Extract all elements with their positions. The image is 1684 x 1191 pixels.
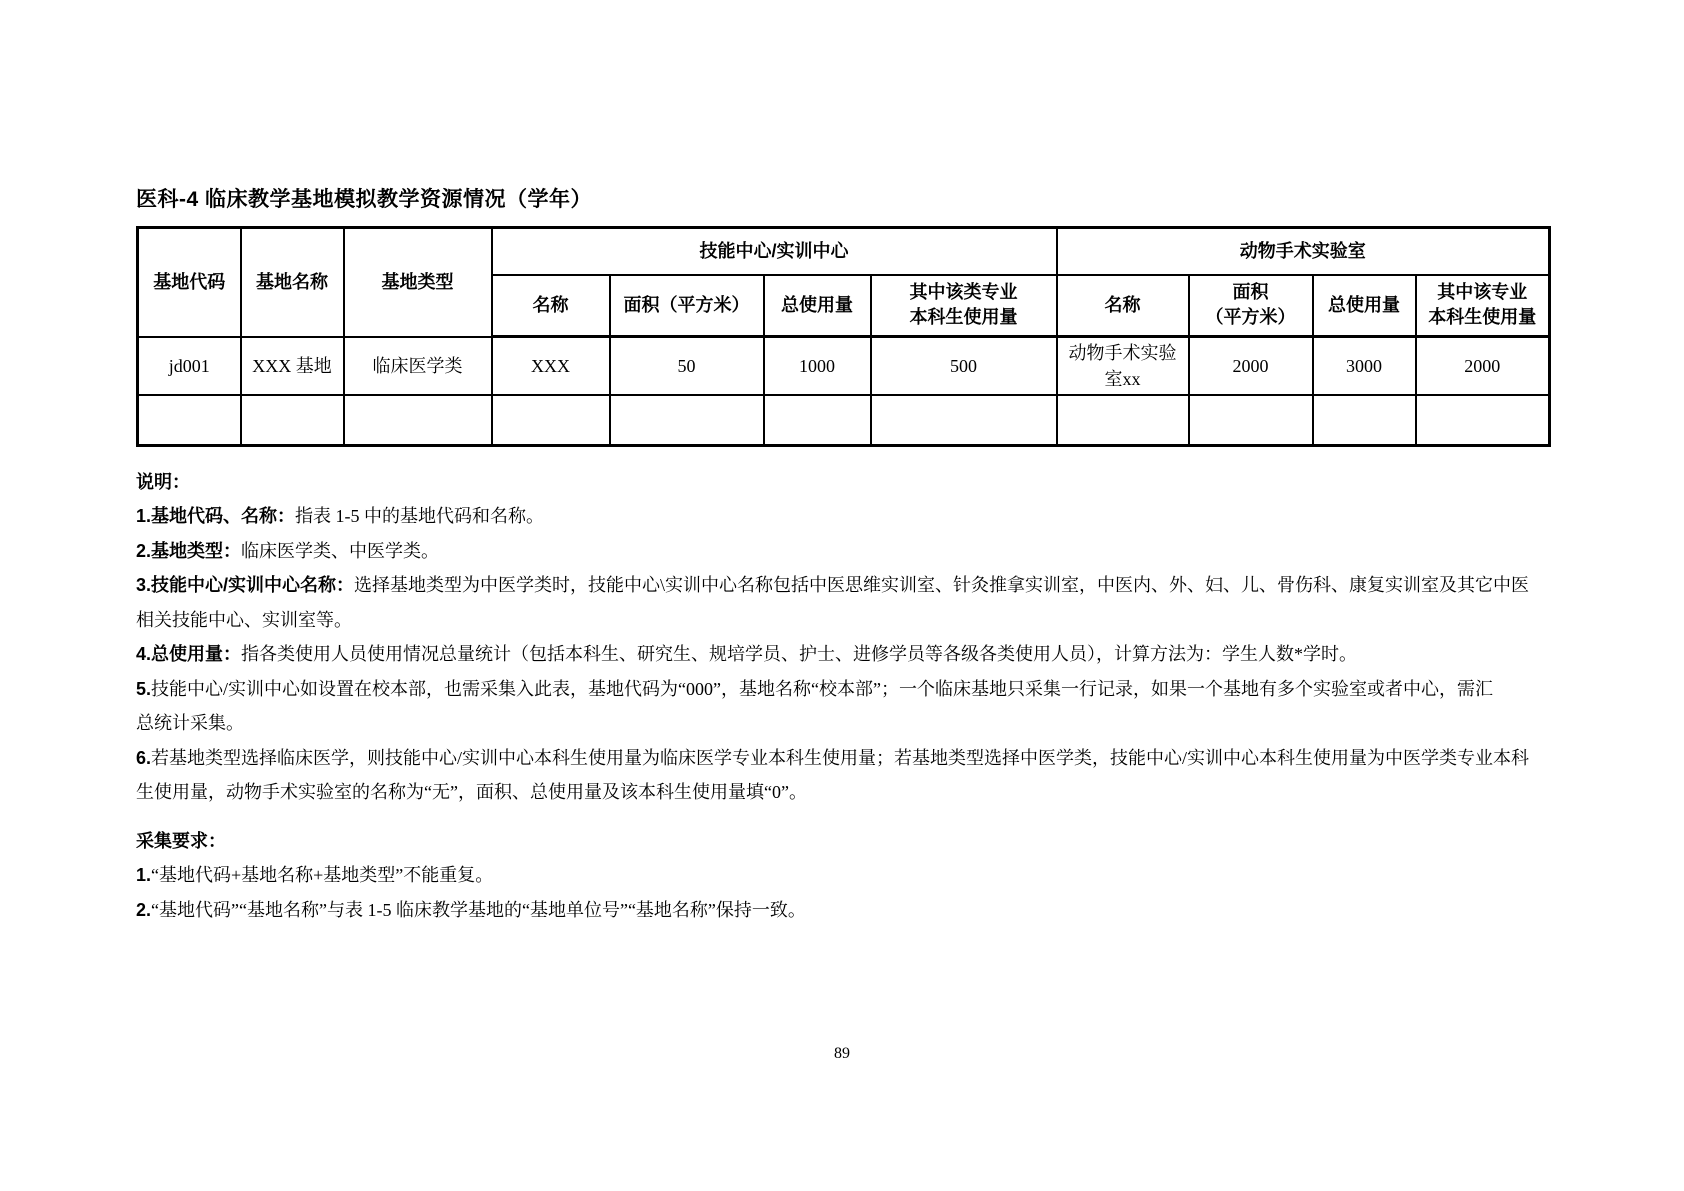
resource-table: 基地代码 基地名称 基地类型 技能中心/实训中心 动物手术实验室 名称 面积（平… bbox=[136, 226, 1551, 447]
cell-animal-name: 动物手术实验室xx bbox=[1057, 337, 1189, 396]
requirement-item-2-text: “基地代码”“基地名称”与表 1-5 临床教学基地的“基地单位号”“基地名称”保… bbox=[151, 900, 806, 920]
note-item-5-label: 5. bbox=[136, 679, 151, 699]
th-animal-undergrad-usage: 其中该专业 本科生使用量 bbox=[1416, 275, 1550, 337]
th-group-animal-lab: 动物手术实验室 bbox=[1057, 228, 1550, 275]
cell-skill-name: XXX bbox=[492, 337, 610, 396]
th-skill-undergrad-line2: 本科生使用量 bbox=[876, 305, 1052, 330]
requirements-heading: 采集要求： bbox=[136, 824, 1550, 859]
note-item-1-text: 指表 1-5 中的基地代码和名称。 bbox=[295, 506, 544, 526]
th-animal-area-line2: （平方米） bbox=[1194, 305, 1308, 330]
th-animal-name: 名称 bbox=[1057, 275, 1189, 337]
table-row bbox=[138, 395, 1550, 445]
note-item-3-continued: 相关技能中心、实训室等。 bbox=[136, 603, 1550, 638]
th-base-code: 基地代码 bbox=[138, 228, 241, 337]
requirement-item-1-label: 1. bbox=[136, 865, 151, 885]
th-animal-total-usage: 总使用量 bbox=[1313, 275, 1416, 337]
cell-skill-total bbox=[764, 395, 871, 445]
note-item-6-label: 6. bbox=[136, 748, 151, 768]
th-animal-area-line1: 面积 bbox=[1194, 280, 1308, 305]
note-item-1: 1.基地代码、名称：指表 1-5 中的基地代码和名称。 bbox=[136, 499, 1550, 534]
note-item-6-text: 若基地类型选择临床医学，则技能中心/实训中心本科生使用量为临床医学专业本科生使用… bbox=[151, 748, 1529, 768]
note-item-5-continued: 总统计采集。 bbox=[136, 706, 1550, 741]
notes-heading: 说明： bbox=[136, 465, 1550, 500]
th-skill-undergrad-line1: 其中该类专业 bbox=[876, 280, 1052, 305]
cell-base-name bbox=[241, 395, 344, 445]
th-skill-total-usage: 总使用量 bbox=[764, 275, 871, 337]
cell-base-name: XXX 基地 bbox=[241, 337, 344, 396]
cell-base-type: 临床医学类 bbox=[344, 337, 492, 396]
note-item-2: 2.基地类型：临床医学类、中医学类。 bbox=[136, 534, 1550, 569]
requirements-section: 采集要求： 1.“基地代码+基地名称+基地类型”不能重复。 2.“基地代码”“基… bbox=[136, 824, 1550, 928]
th-animal-undergrad-line2: 本科生使用量 bbox=[1421, 305, 1545, 330]
note-item-4-label: 4.总使用量： bbox=[136, 644, 241, 664]
page-content: 医科-4 临床教学基地模拟教学资源情况（学年） 基地代码 基地名称 基地类型 技… bbox=[136, 183, 1550, 927]
cell-skill-undergrad bbox=[871, 395, 1057, 445]
note-item-6-continued: 生使用量，动物手术实验室的名称为“无”，面积、总使用量及该本科生使用量填“0”。 bbox=[136, 775, 1550, 810]
table-row: jd001 XXX 基地 临床医学类 XXX 50 1000 500 动物手术实… bbox=[138, 337, 1550, 396]
note-item-2-text: 临床医学类、中医学类。 bbox=[241, 541, 439, 561]
page-number: 89 bbox=[0, 1045, 1684, 1063]
cell-skill-total: 1000 bbox=[764, 337, 871, 396]
note-item-4: 4.总使用量：指各类使用人员使用情况总量统计（包括本科生、研究生、规培学员、护士… bbox=[136, 637, 1550, 672]
cell-animal-undergrad bbox=[1416, 395, 1550, 445]
note-item-3-text: 选择基地类型为中医学类时，技能中心\实训中心名称包括中医思维实训室、针灸推拿实训… bbox=[354, 575, 1529, 595]
th-skill-undergrad-usage: 其中该类专业 本科生使用量 bbox=[871, 275, 1057, 337]
requirement-item-2-label: 2. bbox=[136, 900, 151, 920]
cell-animal-total: 3000 bbox=[1313, 337, 1416, 396]
cell-animal-undergrad: 2000 bbox=[1416, 337, 1550, 396]
th-skill-area: 面积（平方米） bbox=[610, 275, 764, 337]
requirement-item-1: 1.“基地代码+基地名称+基地类型”不能重复。 bbox=[136, 858, 1550, 893]
requirement-item-2: 2.“基地代码”“基地名称”与表 1-5 临床教学基地的“基地单位号”“基地名称… bbox=[136, 893, 1550, 928]
th-skill-name: 名称 bbox=[492, 275, 610, 337]
cell-base-code: jd001 bbox=[138, 337, 241, 396]
th-group-skill-center: 技能中心/实训中心 bbox=[492, 228, 1057, 275]
note-item-3: 3.技能中心/实训中心名称：选择基地类型为中医学类时，技能中心\实训中心名称包括… bbox=[136, 568, 1550, 603]
th-animal-undergrad-line1: 其中该专业 bbox=[1421, 280, 1545, 305]
note-item-5: 5.技能中心/实训中心如设置在校本部，也需采集入此表，基地代码为“000”，基地… bbox=[136, 672, 1550, 707]
cell-animal-area bbox=[1189, 395, 1313, 445]
th-animal-area: 面积 （平方米） bbox=[1189, 275, 1313, 337]
cell-skill-area bbox=[610, 395, 764, 445]
note-item-6: 6.若基地类型选择临床医学，则技能中心/实训中心本科生使用量为临床医学专业本科生… bbox=[136, 741, 1550, 776]
page-title: 医科-4 临床教学基地模拟教学资源情况（学年） bbox=[136, 183, 1550, 213]
cell-animal-area: 2000 bbox=[1189, 337, 1313, 396]
cell-skill-undergrad: 500 bbox=[871, 337, 1057, 396]
th-base-type: 基地类型 bbox=[344, 228, 492, 337]
th-base-name: 基地名称 bbox=[241, 228, 344, 337]
cell-base-type bbox=[344, 395, 492, 445]
cell-animal-name bbox=[1057, 395, 1189, 445]
cell-skill-area: 50 bbox=[610, 337, 764, 396]
note-item-2-label: 2.基地类型： bbox=[136, 541, 241, 561]
note-item-1-label: 1.基地代码、名称： bbox=[136, 506, 295, 526]
note-item-5-text: 技能中心/实训中心如设置在校本部，也需采集入此表，基地代码为“000”，基地名称… bbox=[151, 679, 1493, 699]
cell-animal-total bbox=[1313, 395, 1416, 445]
cell-base-code bbox=[138, 395, 241, 445]
notes-section: 说明： 1.基地代码、名称：指表 1-5 中的基地代码和名称。 2.基地类型：临… bbox=[136, 465, 1550, 810]
cell-skill-name bbox=[492, 395, 610, 445]
requirement-item-1-text: “基地代码+基地名称+基地类型”不能重复。 bbox=[151, 865, 493, 885]
note-item-4-text: 指各类使用人员使用情况总量统计（包括本科生、研究生、规培学员、护士、进修学员等各… bbox=[241, 644, 1357, 664]
note-item-3-label: 3.技能中心/实训中心名称： bbox=[136, 575, 354, 595]
table-header-group-row: 基地代码 基地名称 基地类型 技能中心/实训中心 动物手术实验室 bbox=[138, 228, 1550, 275]
